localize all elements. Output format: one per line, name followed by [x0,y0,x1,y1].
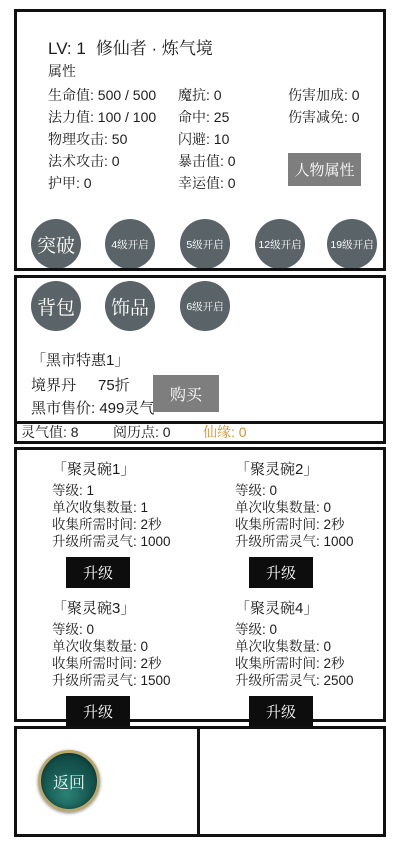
stats-column-2: 魔抗: 0 命中: 25 闪避: 10 暴击值: 0 幸运值: 0 [178,84,236,194]
upgrade-button[interactable]: 升级 [66,696,130,727]
bowl-collect-time: 收集所需时间: 2秒 [52,655,200,672]
stat-damage-reduction: 伤害减免: 0 [288,106,360,128]
unlock-level-12-button[interactable]: 12级开启 [255,219,305,269]
spirit-bowl-1-card: 「聚灵碗1」 等级: 1 单次收集数量: 1 收集所需时间: 2秒 升级所需灵气… [17,450,200,586]
status-bar: 灵气值: 8 阅历点: 0 仙缘: 0 [14,424,386,444]
stat-spell-attack: 法术攻击: 0 [48,150,156,172]
bowl-upgrade-cost: 升级所需灵气: 1500 [52,672,200,689]
stat-hp: 生命值: 500 / 500 [48,84,156,106]
realm-title: 修仙者 · 炼气境 [96,39,213,58]
experience-points-value: 阅历点: 0 [113,424,171,440]
buy-button[interactable]: 购买 [153,375,219,412]
bowl-level: 等级: 0 [52,621,200,638]
return-button[interactable]: 返回 [38,750,100,812]
stats-column-1: 生命值: 500 / 500 法力值: 100 / 100 物理攻击: 50 法… [48,84,156,194]
stat-hit: 命中: 25 [178,106,236,128]
level-value: LV: 1 [48,39,86,58]
bowl-level: 等级: 0 [235,482,383,499]
attributes-panel: LV: 1修仙者 · 炼气境 属性 生命值: 500 / 500 法力值: 10… [14,9,386,271]
black-market-title: 「黑市特惠1」 [31,352,129,370]
bowl-collect-amount: 单次收集数量: 1 [52,499,200,516]
spirit-bowl-3-card: 「聚灵碗3」 等级: 0 单次收集数量: 0 收集所需时间: 2秒 升级所需灵气… [17,589,200,725]
bowl-title: 「聚灵碗4」 [235,599,383,618]
spirit-bowl-4-card: 「聚灵碗4」 等级: 0 单次收集数量: 0 收集所需时间: 2秒 升级所需灵气… [200,589,383,725]
bowl-title: 「聚灵碗3」 [52,599,200,618]
breakthrough-button[interactable]: 突破 [31,219,81,269]
bowl-level: 等级: 0 [235,621,383,638]
bowl-upgrade-cost: 升级所需灵气: 2500 [235,672,383,689]
stat-crit: 暴击值: 0 [178,150,236,172]
unlock-level-5-button[interactable]: 5级开启 [180,219,230,269]
character-attributes-button[interactable]: 人物属性 [288,153,361,186]
bowl-level: 等级: 1 [52,482,200,499]
unlock-level-4-button[interactable]: 4级开启 [105,219,155,269]
footer-right-panel [197,726,386,837]
bowl-collect-amount: 单次收集数量: 0 [52,638,200,655]
immortal-fate-value: 仙缘: 0 [203,424,247,440]
bowl-collect-time: 收集所需时间: 2秒 [52,516,200,533]
black-market-price: 黑市售价: 499灵气 [31,400,154,418]
stat-physical-attack: 物理攻击: 50 [48,128,156,150]
upgrade-button[interactable]: 升级 [66,557,130,588]
bowl-upgrade-cost: 升级所需灵气: 1000 [235,533,383,550]
stat-mp: 法力值: 100 / 100 [48,106,156,128]
aura-value: 灵气值: 8 [21,424,79,440]
black-market-item-name: 境界丹 [31,377,76,394]
spirit-bowls-panel: 「聚灵碗1」 等级: 1 单次收集数量: 1 收集所需时间: 2秒 升级所需灵气… [14,447,386,722]
stat-armor: 护甲: 0 [48,172,156,194]
stat-magic-resist: 魔抗: 0 [178,84,236,106]
backpack-button[interactable]: 背包 [31,281,81,331]
black-market-item-line: 境界丹75折 [31,377,130,395]
stat-damage-bonus: 伤害加成: 0 [288,84,360,106]
stat-dodge: 闪避: 10 [178,128,236,150]
black-market-discount: 75折 [98,377,130,394]
attributes-label: 属性 [48,61,76,81]
bowl-collect-time: 收集所需时间: 2秒 [235,516,383,533]
spirit-bowl-2-card: 「聚灵碗2」 等级: 0 单次收集数量: 0 收集所需时间: 2秒 升级所需灵气… [200,450,383,586]
bag-market-panel: 背包 饰品 6级开启 「黑市特惠1」 境界丹75折 黑市售价: 499灵气 购买 [14,275,386,424]
level-title: LV: 1修仙者 · 炼气境 [48,34,213,59]
unlock-level-6-button[interactable]: 6级开启 [180,281,230,331]
bowl-collect-amount: 单次收集数量: 0 [235,638,383,655]
bowl-collect-amount: 单次收集数量: 0 [235,499,383,516]
stat-luck: 幸运值: 0 [178,172,236,194]
accessories-button[interactable]: 饰品 [105,281,155,331]
bowl-title: 「聚灵碗2」 [235,460,383,479]
bowl-upgrade-cost: 升级所需灵气: 1000 [52,533,200,550]
bowl-title: 「聚灵碗1」 [52,460,200,479]
stats-column-3: 伤害加成: 0 伤害减免: 0 [288,84,360,128]
footer-left-panel: 返回 [14,726,200,837]
upgrade-button[interactable]: 升级 [249,696,313,727]
bowl-collect-time: 收集所需时间: 2秒 [235,655,383,672]
unlock-level-19-button[interactable]: 19级开启 [327,219,377,269]
upgrade-button[interactable]: 升级 [249,557,313,588]
